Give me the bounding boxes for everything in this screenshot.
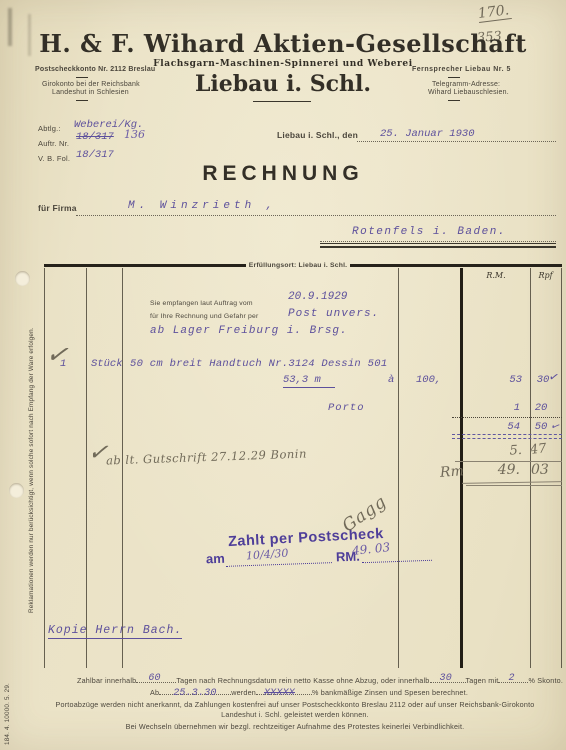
order-date-value: 20.9.1929	[288, 291, 347, 303]
pencil-number-top: 170.	[477, 2, 512, 23]
punch-hole	[9, 483, 24, 498]
terms-skonto-value: 2	[508, 673, 514, 684]
invoice-title: RECHNUNG	[0, 162, 566, 186]
giro-account-line2: Landeshut in Schlesien	[52, 89, 129, 96]
subtotal-rm: 54	[462, 421, 520, 433]
terms-l2-a: Ab	[150, 688, 159, 697]
porto-underline	[452, 416, 562, 418]
pencil-deduction-rm: 5.	[482, 443, 523, 460]
table-column-rule	[122, 268, 123, 668]
pencil-total-rule1	[462, 481, 562, 484]
porto-rm: 1	[462, 402, 520, 414]
telegram-address: Wihard Liebauschlesien.	[428, 89, 509, 96]
payment-stamp-am-label: am	[206, 551, 225, 567]
column-header-rm: R.M.	[462, 271, 530, 280]
terms-line4: Landeshut i. Schl. geleistet werden könn…	[40, 710, 550, 719]
subtotal-double-rule	[452, 434, 562, 439]
pencil-credit-note: ab lt. Gutschrift 27.12.29 Bonin	[106, 446, 307, 467]
terms-days2-value: 30	[440, 673, 452, 684]
terms-interest-rate: XXXXX	[264, 688, 295, 699]
terms-line1: Zahlbar innerhalb60Tagen nach Rechnungsd…	[77, 676, 563, 685]
item-unit-price: 100,	[416, 374, 441, 386]
porto-label: Porto	[328, 402, 365, 414]
table-top-border-right	[350, 264, 562, 267]
giro-account-line1: Girokonto bei der Reichsbank	[42, 81, 140, 88]
date-line	[357, 140, 556, 142]
pencil-total-rpf: 03	[531, 462, 549, 478]
auftr-handwritten: 136	[124, 128, 145, 141]
terms-l1-c: Tagen mit	[466, 676, 499, 685]
divider-dash	[448, 77, 460, 78]
column-header-rpf: Rpf	[530, 271, 561, 280]
stamp-date-value: 10/4/30	[246, 547, 289, 563]
auftr-label: Auftr. Nr.	[38, 139, 69, 148]
terms-line5: Bei Wechseln übernehmen wir bezgl. recht…	[40, 722, 550, 731]
terms-l1-b: Tagen nach Rechnungsdatum rein netto Kas…	[176, 676, 429, 685]
divider-dash	[448, 100, 460, 101]
item-length: 53,3 m	[283, 374, 335, 388]
terms-l1-d: % Skonto.	[528, 676, 563, 685]
postal-account: Postscheckkonto Nr. 2112 Breslau	[35, 66, 155, 73]
pencil-total-rm: 49.	[478, 462, 520, 478]
city-underline	[253, 101, 311, 102]
table-border-right	[561, 268, 562, 668]
pencil-total-prefix: Rm	[439, 463, 464, 481]
terms-days1-value: 60	[148, 673, 160, 684]
warehouse-line: ab Lager Freiburg i. Brsg.	[150, 325, 348, 337]
recipient-line	[76, 214, 556, 216]
stamp-amount-value: 49. 03	[351, 540, 390, 558]
ink-checkmark: ✓	[547, 369, 560, 385]
terms-interest-date: 25.3.30	[173, 688, 216, 699]
erfuellungsort-label: Erfüllungsort: Liebau i. Schl.	[248, 262, 348, 269]
abtlg-label: Abtlg.:	[38, 124, 61, 133]
recipient-city-line	[320, 240, 556, 242]
item-description: 50 cm breit Handtuch Nr.3124 Dessin 501	[130, 358, 387, 370]
recipient-city-rule2	[320, 246, 556, 248]
recipient-label: für Firma	[38, 203, 77, 213]
vbfol-value: 18/317	[76, 149, 114, 161]
recipient-city: Rotenfels i. Baden.	[352, 226, 506, 238]
auftr-value-struck: 18/317	[76, 131, 114, 143]
recipient-name: M. Winzrieth ,	[128, 200, 276, 212]
pencil-deduction-rpf: 47	[529, 441, 547, 458]
table-border-left	[44, 268, 45, 668]
company-name: H. & F. Wihard Aktien-Gesellschaft	[0, 29, 566, 58]
item-amount-rm: 53	[462, 374, 522, 386]
date-value: 25. Januar 1930	[380, 128, 475, 140]
punch-hole	[15, 271, 30, 286]
shipping-label: für Ihre Rechnung und Gefahr per	[150, 313, 258, 320]
stamp-amount-line	[362, 560, 432, 563]
date-place-label: Liebau i. Schl., den	[277, 130, 358, 140]
table-column-rule	[86, 268, 87, 668]
invoice-document: 170. 353 H. & F. Wihard Aktien-Gesellsch…	[0, 0, 566, 750]
margin-claims-note: Reklamationen werden nur berücksichtigt,…	[28, 285, 35, 655]
telephone: Fernsprecher Liebau Nr. 5	[412, 66, 511, 73]
terms-l1-a: Zahlbar innerhalb	[77, 676, 136, 685]
item-qty: 1	[60, 358, 66, 370]
stamp-date-line	[226, 562, 332, 567]
recipient-city-rule1	[320, 243, 556, 244]
shipping-value: Post unvers.	[288, 308, 379, 320]
table-top-border-left	[44, 264, 246, 267]
order-date-label: Sie empfangen laut Auftrag vom	[150, 300, 253, 307]
divider-dash	[76, 100, 88, 101]
table-column-rule	[398, 268, 399, 668]
item-unit: Stück	[91, 358, 123, 370]
terms-l2-b: werden	[231, 688, 256, 697]
terms-line3: Portoabzüge werden nicht anerkannt, da Z…	[40, 700, 550, 709]
telegram-label: Telegramm-Adresse:	[432, 81, 500, 88]
divider-dash	[76, 77, 88, 78]
terms-l2-c: % bankmäßige Zinsen und Spesen berechnet…	[312, 688, 468, 697]
terms-line2: Ab25.3.30werdenXXXXX% bankmäßige Zinsen …	[150, 688, 468, 697]
form-number: 184. 4. 10000. 5. 29.	[4, 655, 11, 745]
item-at-sign: à	[388, 374, 394, 386]
porto-rpf: 20	[528, 402, 554, 414]
pencil-total-rule2	[466, 485, 562, 486]
copy-note: Kopie Herrn Bach.	[48, 624, 182, 639]
